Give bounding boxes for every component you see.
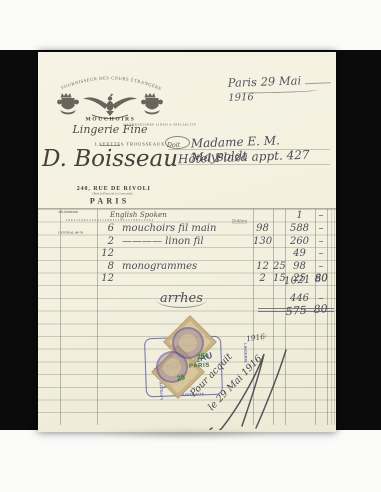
unit-cents: 25 [273,261,284,272]
total-francs: 49 [285,248,314,259]
total-cents: – [315,210,327,221]
table-row: 1 – [38,210,336,223]
proprietor-name: D. Boisseau [40,146,180,172]
date-year: 1916 [228,92,254,104]
qty: 12 [92,248,114,259]
unit-francs: 12 [253,261,272,272]
description: ———— linon fil [122,236,252,247]
revenue-value-2: 25 [176,374,185,383]
letterhead-lingerie-fine: Lingerie Fine [52,123,168,136]
invoice-paper: FOURNISSEUR DES COURS ÉTRANGÈRES [38,52,336,432]
table-row: 2 ———— linon fil 130 260 – [38,236,336,249]
grand-total-francs: 575 [281,303,311,318]
doit-label: Doit [167,142,180,149]
total-cents: – [315,248,327,259]
unit-francs: 98 [253,223,272,234]
photograph-of-invoice: FOURNISSEUR DES COURS ÉTRANGÈRES [0,0,381,492]
description: monogrammes [122,261,252,272]
qty: 8 [92,261,114,272]
total-francs: 1 [285,210,314,221]
paper-bottom-shadow [95,431,275,437]
table-row: 12 49 – [38,248,336,261]
subtotal-cents: 80 [314,272,327,285]
total-francs: 260 [285,236,314,247]
signature-flourish [198,336,302,430]
table-row: 6 mouchoirs fil main 98 588 – [38,223,336,236]
unit-francs: 130 [253,236,272,247]
total-cents: – [315,223,327,234]
doit-oval-stamp: Doit [165,136,190,149]
qty: 12 [92,273,114,284]
total-francs: 98 [285,261,314,272]
qty: 2 [92,236,114,247]
date-rule [305,74,331,84]
grand-total-cents: 80 [313,302,326,316]
qty: 6 [92,223,114,234]
total-cents: – [315,261,327,272]
date-prefix: Paris 29 Mai [228,73,302,90]
total-francs: 588 [285,223,314,234]
description: mouchoirs fil main [122,223,252,234]
subtotal-francs: 1021 [282,273,312,287]
total-cents: – [315,236,327,247]
table-row: 8 monogrammes 12 25 98 – [38,261,336,274]
